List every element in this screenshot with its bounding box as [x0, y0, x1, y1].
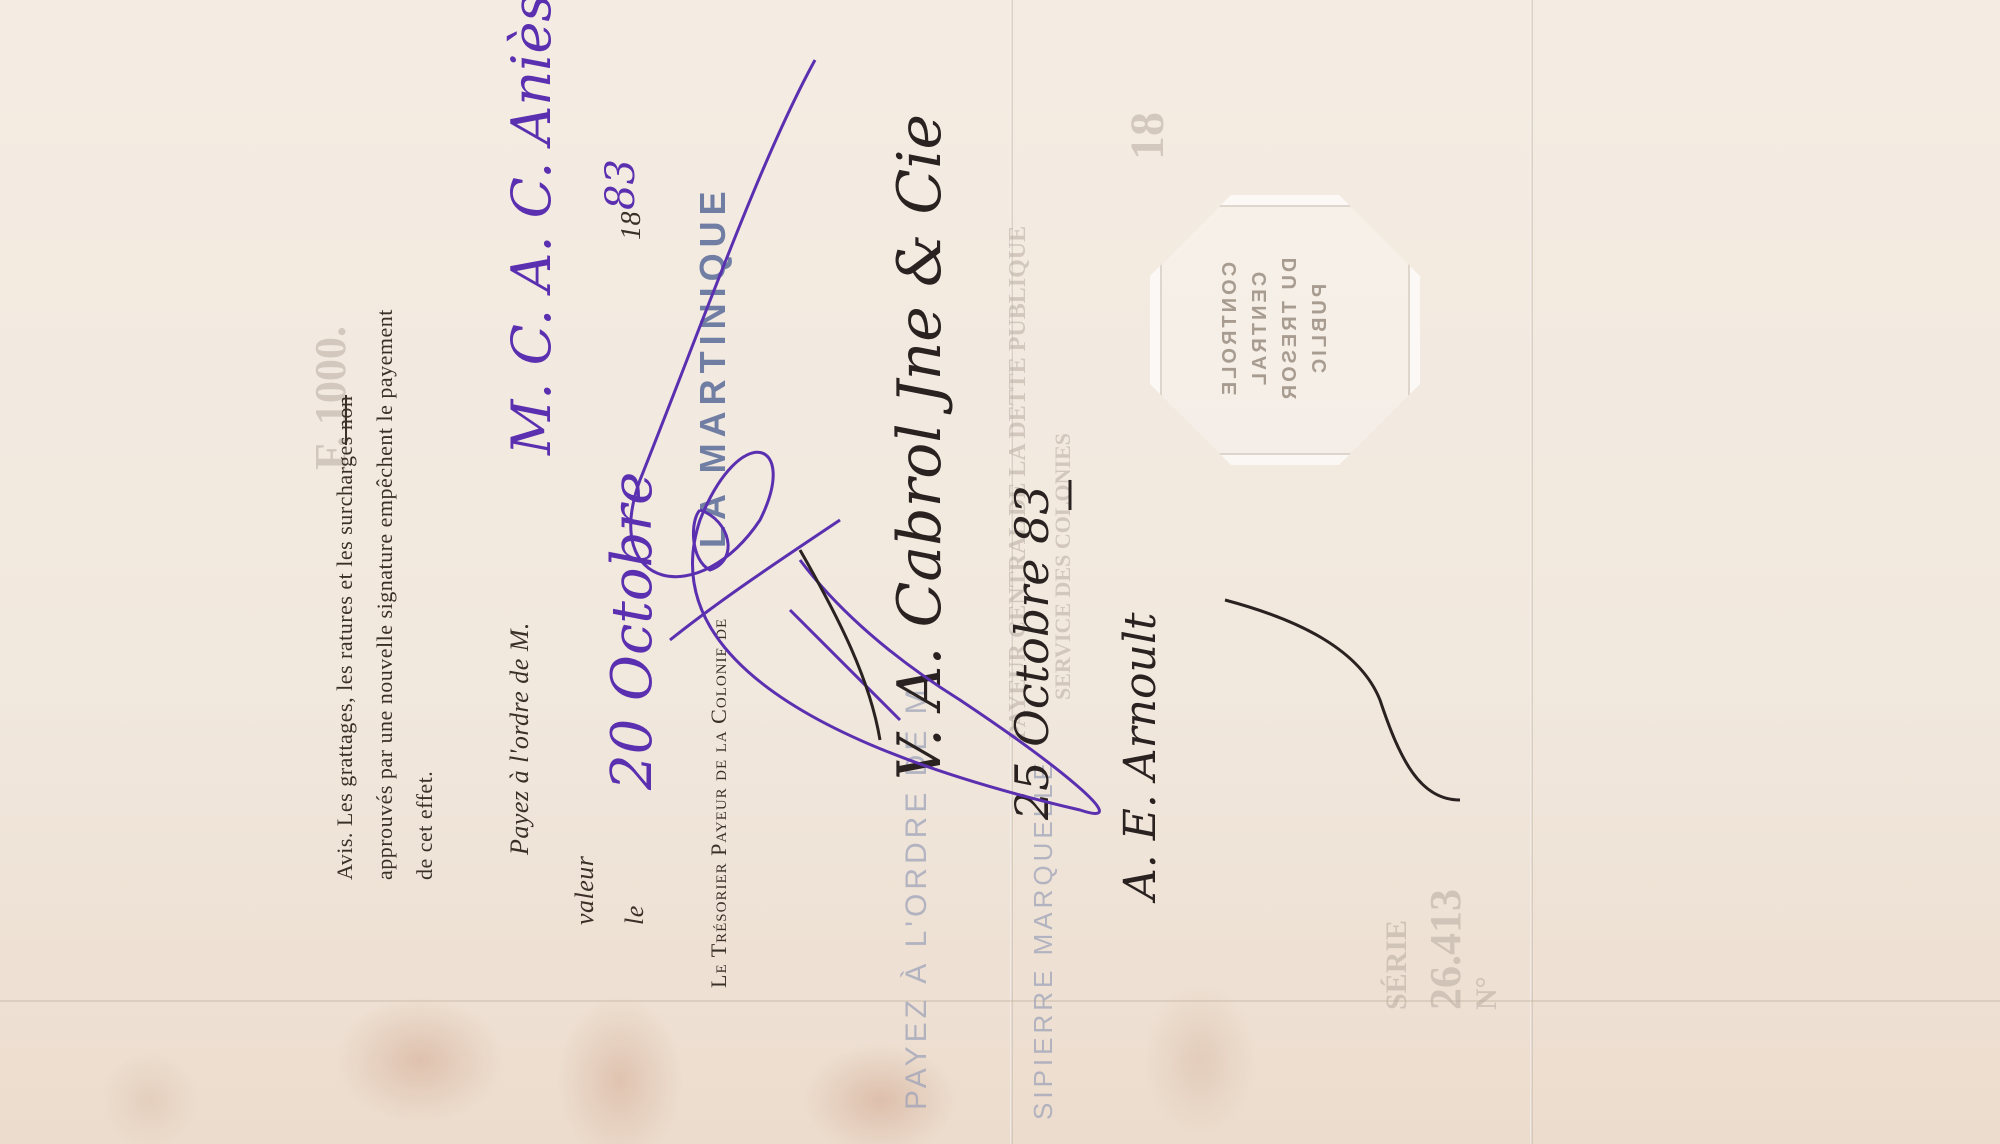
notice-rule	[345, 395, 347, 445]
handwritten-second-endorser: V. A. Cabrol Jne & Cie	[885, 114, 955, 780]
fold-line-bottom	[0, 1000, 2000, 1002]
notice-line-2: approuvés par une nouvelle signature emp…	[372, 309, 398, 880]
seal-line-2: CENTRAL	[1245, 235, 1275, 425]
seal-line-3: DU TRESOR	[1275, 235, 1305, 425]
notice-line-3: de cet effet.	[412, 771, 438, 880]
colony-stamp: LA MARTINIQUE	[692, 185, 734, 548]
handwritten-date: 20 Octobre	[600, 472, 665, 790]
seal-line-1: CONTROLE	[1215, 235, 1245, 425]
handwritten-second-date: 25 Octobre 83	[1005, 485, 1059, 820]
handwritten-second-signature: A. E. Arnoult	[1115, 612, 1166, 900]
seal-line-4: PUBLIC	[1305, 235, 1335, 425]
year-prefix: 18	[616, 211, 648, 240]
date-label: le	[620, 905, 650, 925]
handwritten-year: 83	[598, 159, 644, 210]
treasurer-label: Le Trésorier Payeur de la Colonie de	[706, 618, 732, 988]
fold-line-right	[1530, 0, 1533, 1144]
document-paper	[0, 0, 2000, 1144]
ghost-serial: 18	[1120, 112, 1175, 160]
ghost-numero: 26.413	[1420, 889, 1471, 1010]
pay-to-label: Payez à l'ordre de M.	[505, 622, 535, 855]
ghost-numero-label: N°	[1470, 976, 1504, 1010]
notice-line-1: Avis. Les grattages, les ratures et les …	[332, 396, 358, 880]
handwritten-payee: M. C. A. C. Aniès	[500, 0, 563, 455]
value-label: valeur	[570, 856, 600, 925]
seal-text: CONTROLE CENTRAL DU TRESOR PUBLIC	[1215, 235, 1335, 425]
ghost-serie-label: SÉRIE	[1380, 920, 1414, 1010]
